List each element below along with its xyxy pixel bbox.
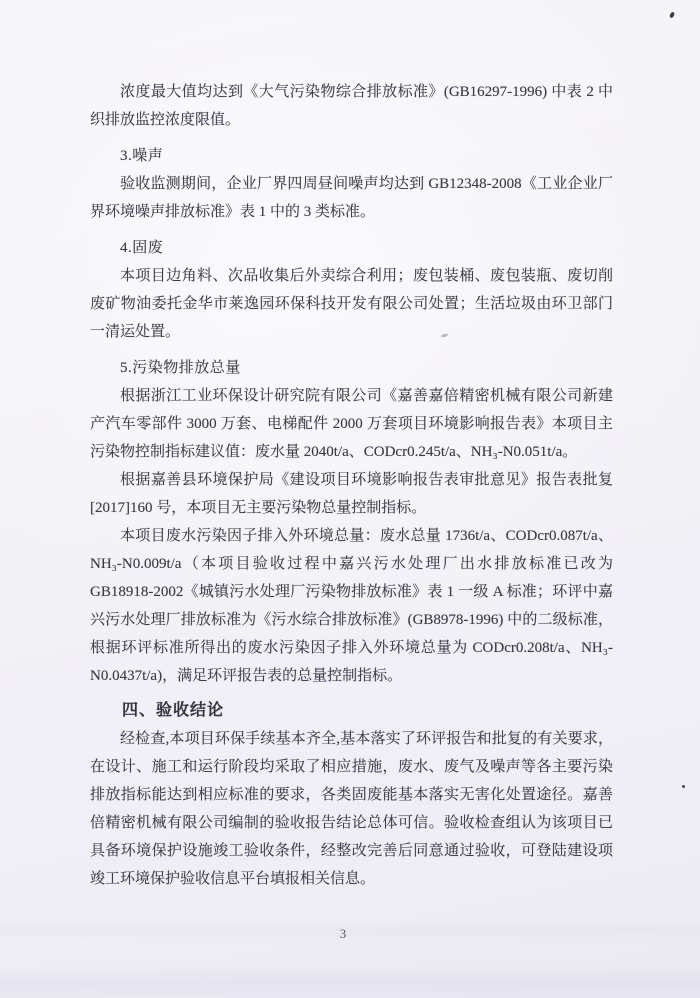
text-line: 界环境噪声排放标准》表 1 中的 3 类标准。 [90, 198, 613, 226]
text-line: 织排放监控浓度限值。 [90, 106, 613, 134]
paragraph: 浓度最大值均达到《大气污染物综合排放标准》(GB16297-1996) 中表 2… [90, 78, 613, 134]
paragraph: 本项目废水污染因子排入外环境总量：废水总量 1736t/a、CODcr0.087… [90, 522, 613, 690]
text-line: 具备环境保护设施竣工验收条件，经整改完善后同意通过验收，可登陆建设项目 [90, 837, 613, 865]
scan-speck [669, 12, 675, 19]
text-line: 排放指标能达到相应标准的要求，各类固废能基本落实无害化处置途径。嘉善嘉 [90, 781, 613, 809]
document-page: 浓度最大值均达到《大气污染物综合排放标准》(GB16297-1996) 中表 2… [0, 0, 700, 998]
document-body: 浓度最大值均达到《大气污染物综合排放标准》(GB16297-1996) 中表 2… [90, 78, 613, 893]
text-line: 兴污水处理厂排放标准为《污水综合排放标准》(GB8978-1996) 中的二级标… [90, 606, 613, 634]
text-line: 根据嘉善县环境保护局《建设项目环境影响报告表审批意见》报告表批复 [90, 466, 613, 494]
paragraph: 经检查,本项目环保手续基本齐全,基本落实了环评报告和批复的有关要求，在设计、施工… [90, 725, 613, 893]
text-line: 根据环评标准所得出的废水污染因子排入外环境总量为 CODcr0.208t/a、N… [90, 634, 613, 662]
scan-speck [682, 785, 685, 788]
text-line: 本项目废水污染因子排入外环境总量：废水总量 1736t/a、CODcr0.087… [90, 522, 613, 550]
paragraph: 验收监测期间，企业厂界四周昼间噪声均达到 GB12348-2008《工业企业厂界… [90, 170, 613, 226]
text-line: 经检查,本项目环保手续基本齐全,基本落实了环评报告和批复的有关要求， [90, 725, 613, 753]
paragraph: 本项目边角料、次品收集后外卖综合利用；废包装桶、废包装瓶、废切削液、废矿物油委托… [90, 262, 613, 346]
text-line: 污染物控制指标建议值：废水量 2040t/a、CODcr0.245t/a、NH₃… [90, 438, 613, 466]
text-line: 废矿物油委托金华市莱逸园环保科技开发有限公司处置；生活垃圾由环卫部门统 [90, 290, 613, 318]
text-line: 本项目边角料、次品收集后外卖综合利用；废包装桶、废包装瓶、废切削液、 [90, 262, 613, 290]
sub-heading: 3.噪声 [90, 142, 613, 170]
text-line: 竣工环境保护验收信息平台填报相关信息。 [90, 865, 613, 893]
text-line: 4.固废 [90, 234, 613, 262]
sub-heading: 5.污染物排放总量 [90, 354, 613, 382]
scan-band [0, 964, 700, 998]
text-line: 验收监测期间，企业厂界四周昼间噪声均达到 GB12348-2008《工业企业厂 [90, 170, 613, 198]
page-number: 3 [0, 926, 700, 942]
text-line: 3.噪声 [90, 142, 613, 170]
text-line: 在设计、施工和运行阶段均采取了相应措施，废水、废气及噪声等各主要污染物 [90, 753, 613, 781]
text-line: 四、验收结论 [90, 697, 613, 725]
text-line: [2017]160 号，本项目无主要污染物总量控制指标。 [90, 494, 613, 522]
paragraph: 根据嘉善县环境保护局《建设项目环境影响报告表审批意见》报告表批复[2017]16… [90, 466, 613, 522]
text-line: 一清运处置。 [90, 318, 613, 346]
text-line: 倍精密机械有限公司编制的验收报告结论总体可信。验收检查组认为该项目已经 [90, 809, 613, 837]
text-line: NH₃-N0.009t/a（本项目验收过程中嘉兴污水处理厂出水排放标准已改为 [90, 550, 613, 578]
text-line: N0.0437t/a)，满足环评报告表的总量控制指标。 [90, 662, 613, 690]
text-line: 根据浙江工业环保设计研究院有限公司《嘉善嘉倍精密机械有限公司新建年 [90, 382, 613, 410]
text-line: 产汽车零部件 3000 万套、电梯配件 2000 万套项目环境影响报告表》本项目… [90, 410, 613, 438]
paragraph: 根据浙江工业环保设计研究院有限公司《嘉善嘉倍精密机械有限公司新建年产汽车零部件 … [90, 382, 613, 466]
section-heading: 四、验收结论 [90, 697, 613, 725]
text-line: 浓度最大值均达到《大气污染物综合排放标准》(GB16297-1996) 中表 2… [90, 78, 613, 106]
text-line: GB18918-2002《城镇污水处理厂污染物排放标准》表 1 一级 A 标准；… [90, 578, 613, 606]
text-line: 5.污染物排放总量 [90, 354, 613, 382]
sub-heading: 4.固废 [90, 234, 613, 262]
